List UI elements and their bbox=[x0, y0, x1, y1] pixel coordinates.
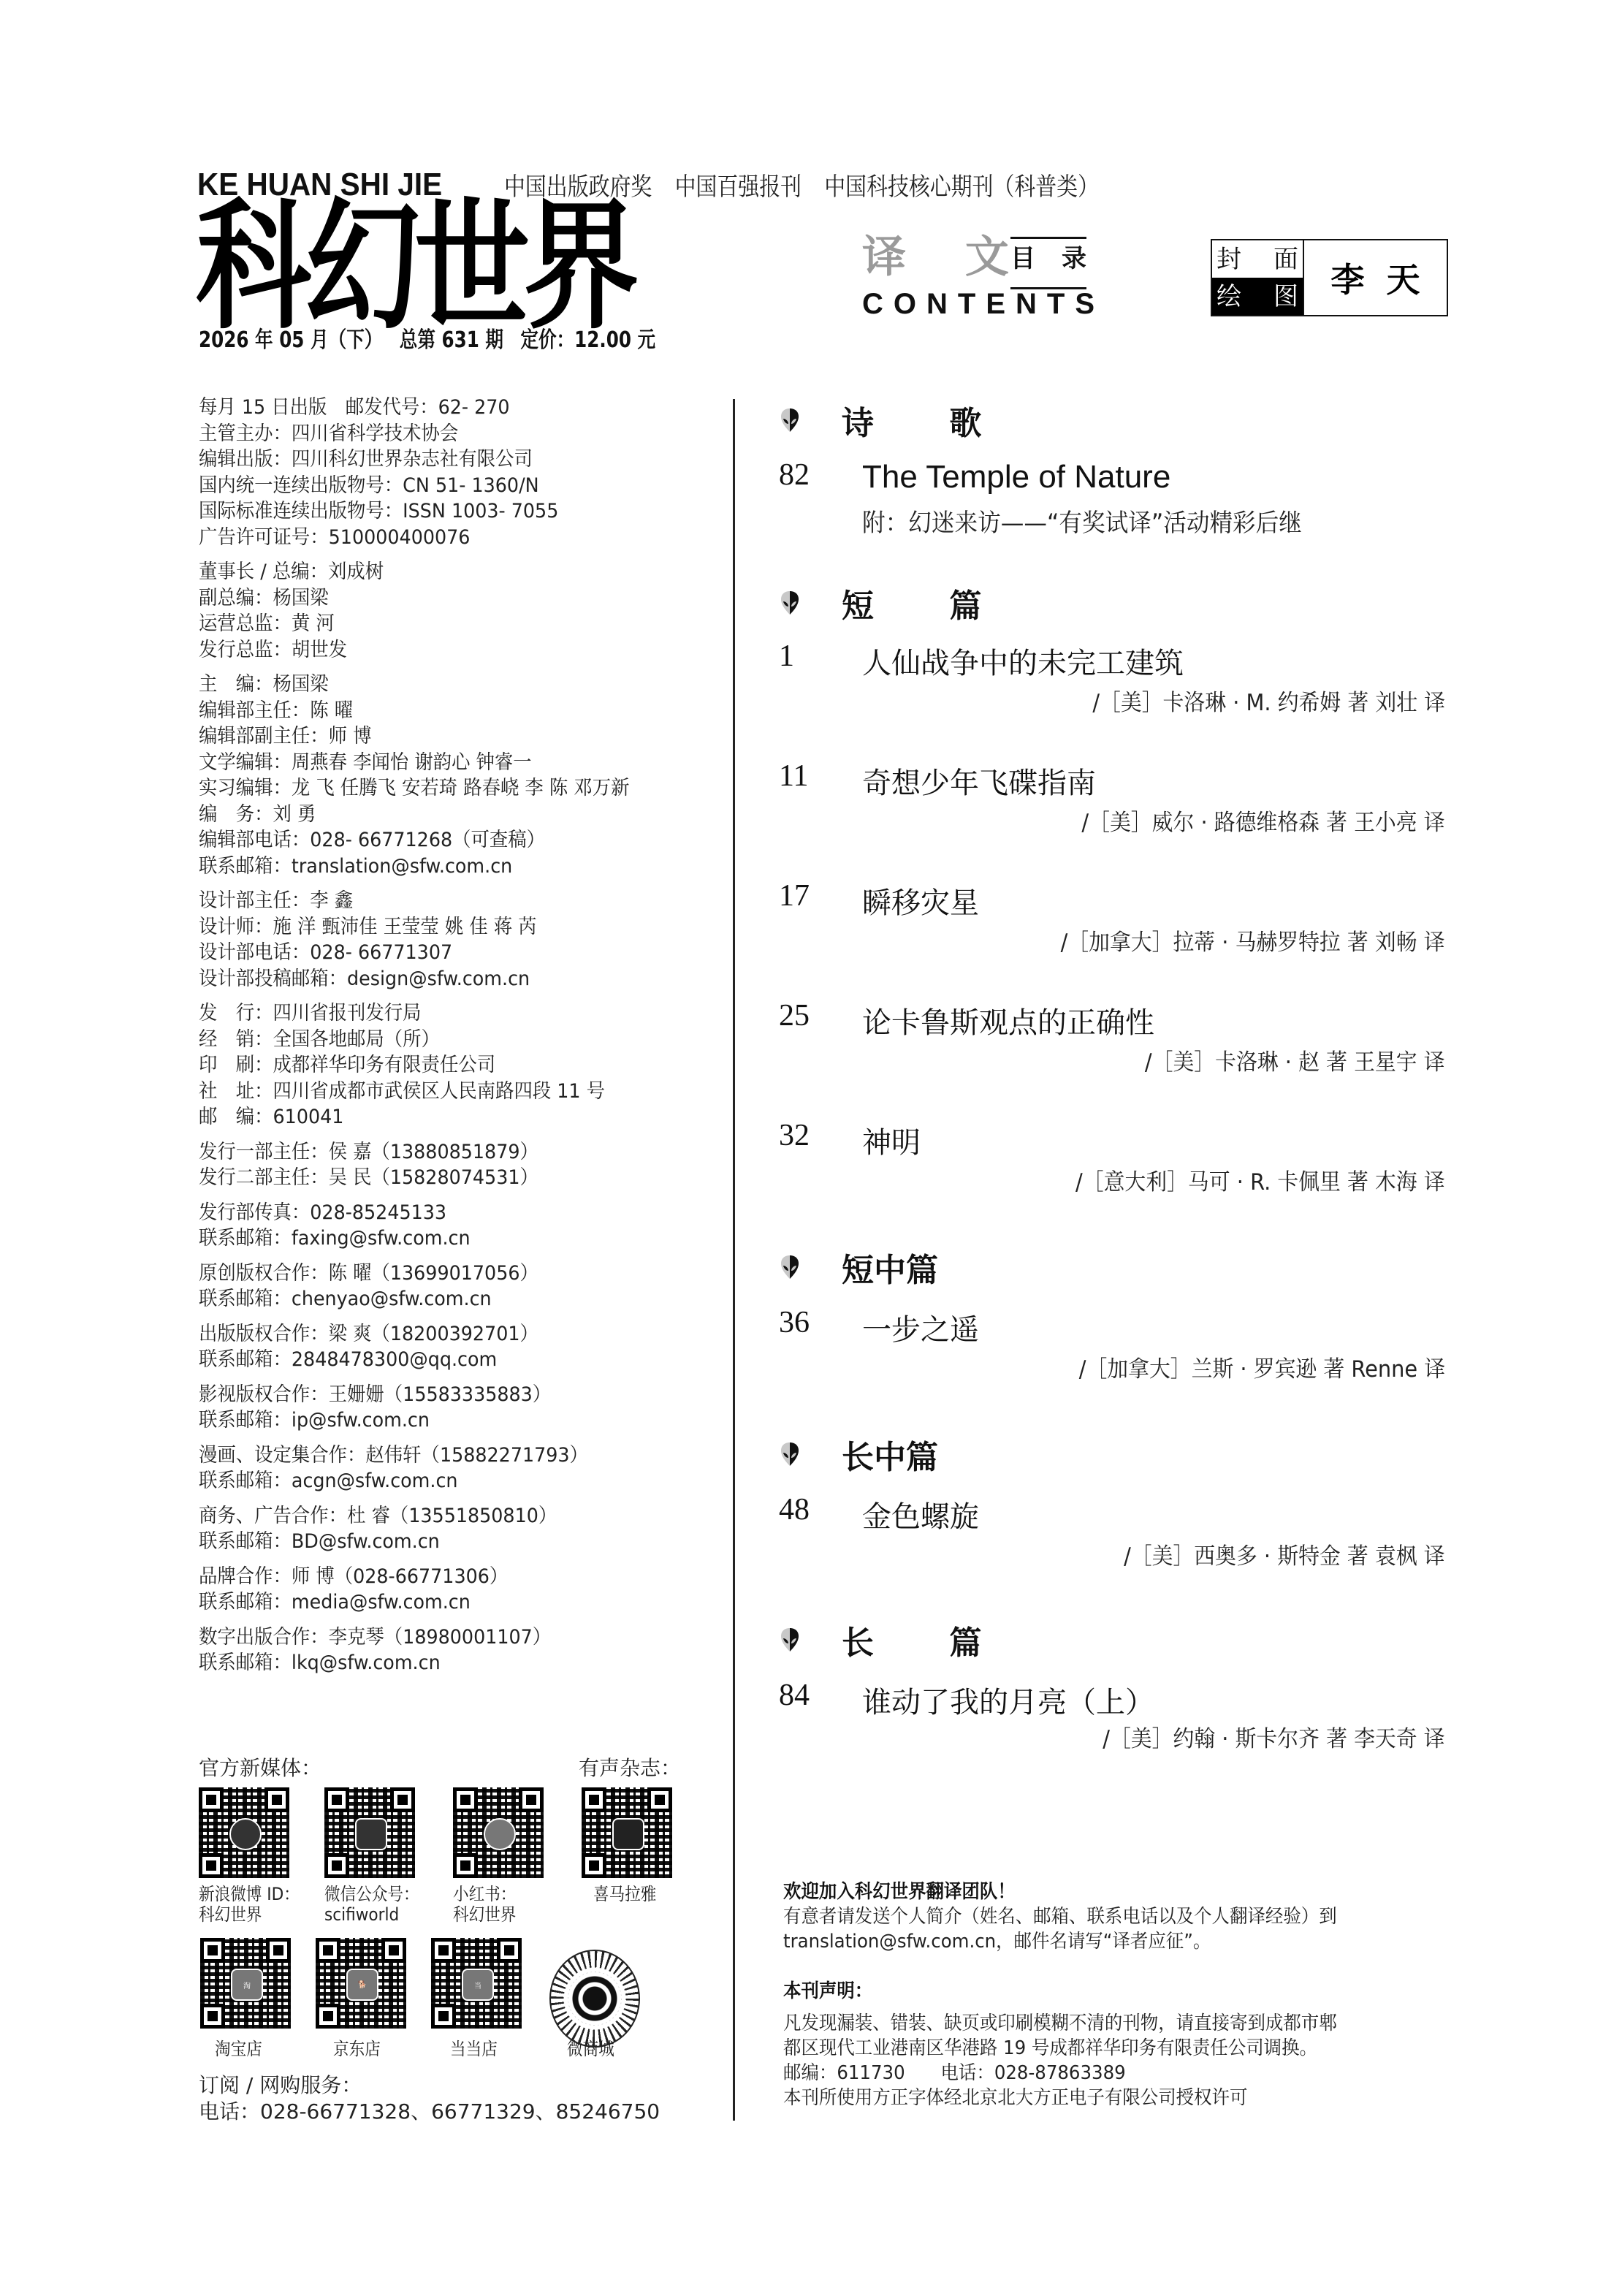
page-number[interactable]: 32 bbox=[779, 1118, 810, 1153]
taobao-qr-code[interactable]: 淘 bbox=[200, 1938, 291, 2029]
page-number[interactable]: 17 bbox=[779, 878, 810, 913]
masthead-group: 设计部主任：李 鑫设计师：施 洋 甄沛佳 王莹莹 姚 佳 蒋 芮设计部电话：02… bbox=[199, 888, 725, 992]
section-title: 长 篇 bbox=[842, 1616, 1013, 1663]
audio-title: 有声杂志： bbox=[579, 1752, 681, 1782]
masthead-line: 影视版权合作：王姗姗（15583335883） bbox=[199, 1382, 693, 1408]
article-title[interactable]: 神明 bbox=[862, 1120, 921, 1161]
recruit-title: 欢迎加入科幻世界翻译团队！ bbox=[783, 1879, 1422, 1904]
article-byline: /［美］西奥多 · 斯特金 著 袁枫 译 bbox=[1124, 1537, 1445, 1570]
toc-section-header: 长 篇 bbox=[780, 1616, 1013, 1663]
masthead-group: 数字出版合作：李克琴（18980001107）联系邮箱：lkq@sfw.com.… bbox=[199, 1624, 725, 1676]
cover-label-top: 封 面 bbox=[1212, 240, 1303, 278]
cover-label-bottom: 绘 图 bbox=[1212, 278, 1303, 315]
masthead-line: 邮 编：610041 bbox=[199, 1104, 693, 1130]
article-title[interactable]: 奇想少年飞碟指南 bbox=[862, 760, 1096, 802]
section-title: 短 篇 bbox=[842, 579, 1013, 626]
section-title: 短中篇 bbox=[842, 1244, 938, 1290]
masthead-group: 出版版权合作：梁 爽（18200392701）联系邮箱：2848478300@q… bbox=[199, 1321, 725, 1373]
masthead-line: 每月 15 日出版 邮发代号：62- 270 bbox=[199, 395, 693, 421]
label-char: 面 bbox=[1273, 247, 1298, 272]
masthead-line: 编 务：刘 勇 bbox=[199, 802, 693, 828]
masthead-group: 发 行：四川省报刊发行局经 销：全国各地邮局（所）印 刷：成都祥华印务有限责任公… bbox=[199, 1000, 725, 1130]
article-title[interactable]: 谁动了我的月亮（上） bbox=[862, 1679, 1154, 1721]
masthead-group: 主 编：杨国梁编辑部主任：陈 曜编辑部副主任：师 博文学编辑：周燕春 李闻怡 谢… bbox=[199, 672, 725, 879]
masthead-line: 发行一部主任：侯 嘉（13880851879） bbox=[199, 1139, 693, 1166]
toc-label-cn: 译 文 bbox=[862, 235, 1031, 279]
masthead-line: 实习编辑：龙 飞 任腾飞 安若琦 路春峣 李 陈 邓万新 bbox=[199, 775, 693, 802]
masthead-group: 每月 15 日出版 邮发代号：62- 270主管主办：四川省科学技术协会编辑出版… bbox=[199, 395, 725, 550]
masthead-line: 发行二部主任：吴 民（15828074531） bbox=[199, 1165, 693, 1191]
masthead-line: 发行总监：胡世发 bbox=[199, 637, 693, 664]
masthead-line: 发 行：四川省报刊发行局 bbox=[199, 1000, 693, 1027]
masthead-line: 原创版权合作：陈 曜（13699017056） bbox=[199, 1261, 693, 1287]
qr-caption: 京东店 bbox=[333, 2039, 381, 2059]
mulu-char: 录 bbox=[1062, 246, 1086, 271]
weibo-qr-code[interactable] bbox=[199, 1787, 289, 1878]
alien-head-icon bbox=[780, 1442, 799, 1467]
article-title[interactable]: 人仙战争中的未完工建筑 bbox=[862, 640, 1184, 682]
mini-program-code[interactable] bbox=[549, 1950, 640, 2048]
toc-label-en: CONTENTS bbox=[862, 289, 1105, 319]
article-byline: /［美］威尔 · 路德维格森 著 王小亮 译 bbox=[1082, 804, 1445, 837]
article-title[interactable]: 金色螺旋 bbox=[862, 1494, 979, 1535]
masthead-group: 发行部传真：028-85245133联系邮箱：faxing@sfw.com.cn bbox=[199, 1200, 725, 1252]
masthead-group: 原创版权合作：陈 曜（13699017056）联系邮箱：chenyao@sfw.… bbox=[199, 1261, 725, 1312]
page-number[interactable]: 36 bbox=[779, 1305, 810, 1340]
statement-title: 本刊声明： bbox=[783, 1979, 1422, 2004]
section-title: 诗 歌 bbox=[842, 397, 1013, 444]
dangdang-logo-icon: 当 bbox=[462, 1969, 494, 2001]
masthead-line: 联系邮箱：chenyao@sfw.com.cn bbox=[199, 1286, 693, 1312]
award: 中国科技核心期刊（科普类） bbox=[824, 172, 1099, 202]
issue-price: 定价：12.00 元 bbox=[520, 327, 655, 353]
alien-head-icon bbox=[780, 590, 799, 615]
qr-caption: 淘宝店 bbox=[215, 2039, 262, 2059]
issue-number: 总第 631 期 bbox=[400, 327, 503, 353]
masthead-line: 主管主办：四川省科学技术协会 bbox=[199, 421, 693, 447]
masthead-line: 联系邮箱：2848478300@qq.com bbox=[199, 1347, 693, 1373]
masthead-line: 设计部主任：李 鑫 bbox=[199, 888, 693, 914]
qr-caption: 当当店 bbox=[450, 2039, 498, 2059]
subscribe-label: 订阅 / 网购服务： bbox=[199, 2072, 660, 2099]
masthead-line: 设计师：施 洋 甄沛佳 王莹莹 姚 佳 蒋 芮 bbox=[199, 914, 693, 940]
masthead-line: 编辑部副主任：师 博 bbox=[199, 723, 693, 750]
media-title: 官方新媒体： bbox=[199, 1752, 321, 1782]
masthead-group: 董事长 / 总编：刘成树副总编：杨国梁运营总监：黄 河发行总监：胡世发 bbox=[199, 559, 725, 663]
dangdang-qr-code[interactable]: 当 bbox=[431, 1938, 522, 2029]
toc-section-header: 诗 歌 bbox=[780, 397, 1013, 444]
masthead-line: 联系邮箱：ip@sfw.com.cn bbox=[199, 1407, 693, 1434]
mulu-char: 目 bbox=[1010, 246, 1035, 271]
masthead-group: 漫画、设定集合作：赵伟轩（15882271793）联系邮箱：acgn@sfw.c… bbox=[199, 1442, 725, 1494]
award: 中国百强报刊 bbox=[675, 172, 802, 202]
qr-caption: 微信公众号：scifiworld bbox=[324, 1884, 419, 1925]
ximalaya-qr-code[interactable] bbox=[582, 1787, 672, 1878]
article-byline: /［美］卡洛琳 · 赵 著 王星宇 译 bbox=[1145, 1044, 1445, 1076]
masthead-line: 主 编：杨国梁 bbox=[199, 672, 693, 698]
article-title[interactable]: The Temple of Nature bbox=[862, 459, 1170, 495]
masthead-line: 设计部投稿邮箱：design@sfw.com.cn bbox=[199, 966, 693, 992]
subscribe-info: 订阅 / 网购服务： 电话：028-66771328、66771329、8524… bbox=[199, 2072, 660, 2125]
jd-qr-code[interactable]: 🐕 bbox=[316, 1938, 406, 2029]
label-char: 绘 bbox=[1216, 284, 1241, 309]
xiaohongshu-qr-code[interactable] bbox=[453, 1787, 544, 1878]
masthead-line: 副总编：杨国梁 bbox=[199, 585, 693, 612]
statement-line: 邮编：611730 电话：028-87863389 bbox=[783, 2061, 1422, 2086]
masthead-line: 漫画、设定集合作：赵伟轩（15882271793） bbox=[199, 1442, 693, 1469]
masthead-line: 运营总监：黄 河 bbox=[199, 611, 693, 637]
notice-block: 欢迎加入科幻世界翻译团队！ 有意者请发送个人简介（姓名、邮箱、联系电话以及个人翻… bbox=[783, 1879, 1463, 2110]
qr-caption: 小红书：科幻世界 bbox=[453, 1884, 516, 1925]
masthead-group: 发行一部主任：侯 嘉（13880851879）发行二部主任：吴 民（158280… bbox=[199, 1139, 725, 1191]
article-byline: /［意大利］马可 · R. 卡佩里 著 木海 译 bbox=[1075, 1163, 1445, 1196]
statement-line: 都区现代工业港南区华港路 19 号成都祥华印务有限责任公司调换。 bbox=[783, 2036, 1422, 2061]
masthead-line: 数字出版合作：李克琴（18980001107） bbox=[199, 1624, 693, 1651]
masthead-line: 商务、广告合作：杜 睿（13551850810） bbox=[199, 1503, 693, 1529]
masthead-line: 编辑出版：四川科幻世界杂志社有限公司 bbox=[199, 446, 693, 473]
alien-head-icon bbox=[780, 1627, 799, 1652]
page-number[interactable]: 11 bbox=[779, 759, 808, 794]
wechat-qr-code[interactable] bbox=[324, 1787, 415, 1878]
page-number[interactable]: 1 bbox=[779, 639, 794, 674]
page-number[interactable]: 48 bbox=[779, 1492, 810, 1527]
alien-head-icon bbox=[780, 1255, 799, 1280]
subscribe-phone: 电话：028-66771328、66771329、85246750 bbox=[199, 2099, 660, 2125]
toc-section-header: 短 篇 bbox=[780, 579, 1013, 626]
label-char: 封 bbox=[1216, 247, 1241, 272]
masthead-line: 联系邮箱：BD@sfw.com.cn bbox=[199, 1529, 693, 1555]
masthead-line: 出版版权合作：梁 爽（18200392701） bbox=[199, 1321, 693, 1347]
article-byline: /［加拿大］拉蒂 · 马赫罗特拉 著 刘畅 译 bbox=[1061, 924, 1445, 957]
masthead-line: 国内统一连续出版物号：CN 51- 1360/N bbox=[199, 473, 693, 499]
section-title: 长中篇 bbox=[842, 1431, 938, 1478]
masthead-line: 广告许可证号：510000400076 bbox=[199, 525, 693, 551]
issue-info: 2026 年 05 月（下） 总第 631 期 定价：12.00 元 bbox=[199, 322, 666, 354]
statement-line: 凡发现漏装、错装、缺页或印刷模糊不清的刊物，请直接寄到成都市郫 bbox=[783, 2011, 1422, 2036]
article-subtitle: 附：幻迷来访——“有奖试译”活动精彩后继 bbox=[862, 503, 1302, 539]
page-number[interactable]: 84 bbox=[779, 1678, 810, 1713]
article-title[interactable]: 瞬移灾星 bbox=[862, 880, 979, 921]
page-number[interactable]: 82 bbox=[779, 457, 810, 493]
weibo-logo-icon bbox=[229, 1818, 262, 1850]
column-divider bbox=[733, 399, 735, 2121]
article-byline: /［加拿大］兰斯 · 罗宾逊 著 Renne 译 bbox=[1079, 1350, 1445, 1383]
masthead-line: 印 刷：成都祥华印务有限责任公司 bbox=[199, 1052, 693, 1079]
recruit-line: translation@sfw.com.cn，邮件名请写“译者应征”。 bbox=[783, 1929, 1422, 1954]
masthead-line: 联系邮箱：faxing@sfw.com.cn bbox=[199, 1225, 693, 1252]
alien-head-icon bbox=[780, 408, 799, 433]
article-title[interactable]: 一步之遥 bbox=[862, 1307, 979, 1348]
masthead-line: 编辑部电话：028- 66771268（可查稿） bbox=[199, 827, 693, 854]
masthead-line: 经 销：全国各地邮局（所） bbox=[199, 1027, 693, 1053]
masthead-line: 社 址：四川省成都市武侯区人民南路四段 11 号 bbox=[199, 1079, 693, 1105]
wechat-logo-icon bbox=[355, 1818, 387, 1850]
taobao-logo-icon: 淘 bbox=[231, 1969, 263, 2001]
masthead-group: 商务、广告合作：杜 睿（13551850810）联系邮箱：BD@sfw.com.… bbox=[199, 1503, 725, 1555]
masthead-line: 联系邮箱：translation@sfw.com.cn bbox=[199, 854, 693, 880]
ximalaya-logo-icon bbox=[612, 1818, 644, 1850]
statement-line: 本刊所使用方正字体经北京北大方正电子有限公司授权许可 bbox=[783, 2086, 1422, 2110]
masthead-info: 每月 15 日出版 邮发代号：62- 270主管主办：四川省科学技术协会编辑出版… bbox=[199, 395, 725, 1685]
article-title[interactable]: 论卡鲁斯观点的正确性 bbox=[862, 1000, 1154, 1041]
page-number[interactable]: 25 bbox=[779, 998, 810, 1033]
masthead-line: 联系邮箱：acgn@sfw.com.cn bbox=[199, 1468, 693, 1494]
masthead-line: 董事长 / 总编：刘成树 bbox=[199, 559, 693, 585]
masthead-line: 发行部传真：028-85245133 bbox=[199, 1200, 693, 1226]
cover-artist: 李天 bbox=[1304, 240, 1447, 315]
masthead-group: 影视版权合作：王姗姗（15583335883）联系邮箱：ip@sfw.com.c… bbox=[199, 1382, 725, 1434]
label-char: 图 bbox=[1273, 284, 1298, 309]
issue-date: 2026 年 05 月（下） bbox=[199, 327, 382, 353]
jd-logo-icon: 🐕 bbox=[346, 1969, 378, 2001]
masthead-line: 编辑部主任：陈 曜 bbox=[199, 698, 693, 724]
toc-label-mulu: 目 录 bbox=[1010, 237, 1086, 289]
masthead-line: 设计部电话：028- 66771307 bbox=[199, 940, 693, 966]
masthead-line: 联系邮箱：lkq@sfw.com.cn bbox=[199, 1650, 693, 1676]
masthead-line: 联系邮箱：media@sfw.com.cn bbox=[199, 1589, 693, 1616]
toc-section-header: 短中篇 bbox=[780, 1244, 938, 1290]
qr-caption: 新浪微博 ID：科幻世界 bbox=[199, 1884, 300, 1925]
toc-section-header: 长中篇 bbox=[780, 1431, 938, 1478]
recruit-line: 有意者请发送个人简介（姓名、邮箱、联系电话以及个人翻译经验）到 bbox=[783, 1904, 1422, 1929]
masthead-group: 品牌合作：师 博（028-66771306）联系邮箱：media@sfw.com… bbox=[199, 1564, 725, 1616]
qr-caption: 微商城 bbox=[567, 2039, 614, 2059]
qr-caption: 喜马拉雅 bbox=[593, 1884, 656, 1904]
xiaohongshu-logo-icon bbox=[484, 1818, 516, 1850]
magazine-logo: 科幻世界 bbox=[196, 197, 633, 338]
article-byline: /［美］卡洛琳 · M. 约希姆 著 刘壮 译 bbox=[1092, 684, 1445, 717]
masthead-line: 文学编辑：周燕春 李闻怡 谢韵心 钟睿一 bbox=[199, 750, 693, 776]
masthead-line: 国际标准连续出版物号：ISSN 1003- 7055 bbox=[199, 498, 693, 525]
cover-credit: 封 面 绘 图 李天 bbox=[1211, 239, 1448, 316]
article-byline: /［美］约翰 · 斯卡尔齐 著 李天奇 译 bbox=[1103, 1720, 1445, 1753]
masthead-line: 品牌合作：师 博（028-66771306） bbox=[199, 1564, 693, 1590]
